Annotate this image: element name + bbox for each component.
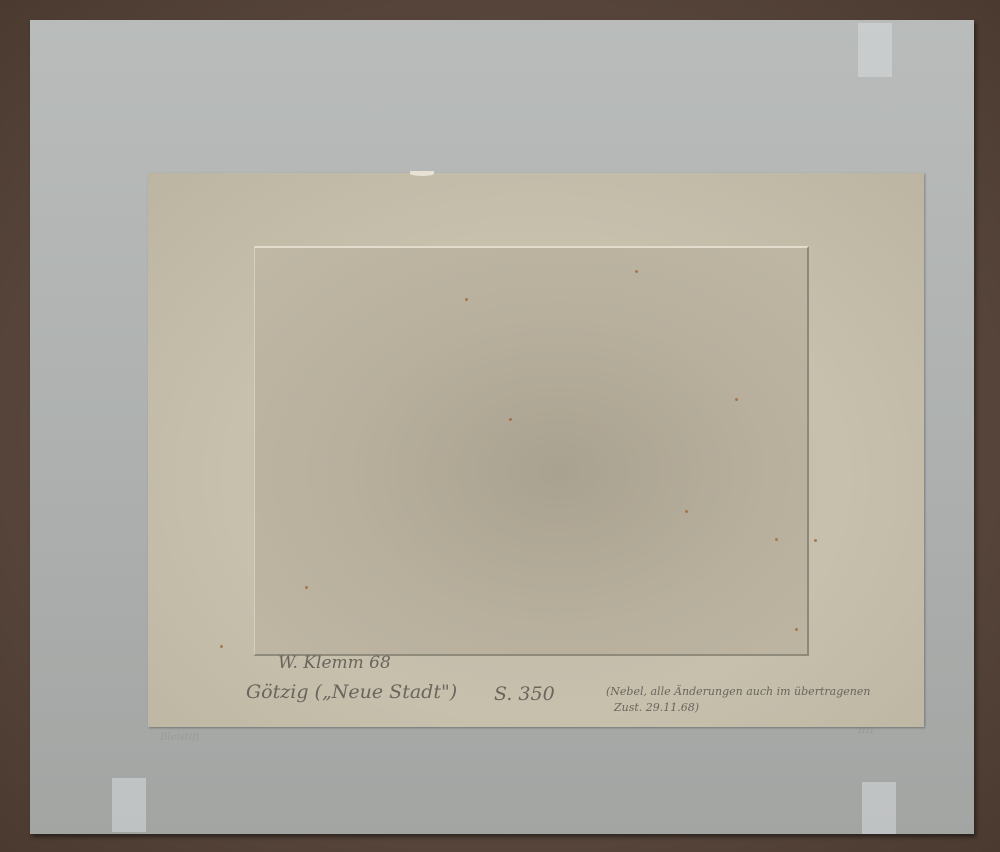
tape-bottom-right — [862, 782, 896, 834]
inscription-catalog-number: S. 350 — [494, 683, 555, 705]
inscription-note-line2: Zust. 29.11.68) — [614, 701, 699, 714]
foxing-spot — [685, 510, 688, 513]
paper-sheet: W. Klemm 68 Götzig („Neue Stadt") S. 350… — [148, 173, 924, 727]
foxing-spot — [509, 418, 512, 421]
faint-mount-mark-left: Bleistift — [160, 732, 200, 743]
inscription-note-line1: (Nebel, alle Änderungen auch im übertrag… — [606, 685, 870, 698]
mount-card: Bleistift IIII W. Klemm 68 Götzig („Neue… — [30, 20, 974, 834]
tape-top-right — [858, 23, 892, 77]
paper-notch — [410, 171, 434, 176]
foxing-spot — [735, 398, 738, 401]
background-board: Bleistift IIII W. Klemm 68 Götzig („Neue… — [0, 0, 1000, 852]
foxing-spot — [635, 270, 638, 273]
plate-mark — [254, 246, 809, 656]
foxing-spot — [465, 298, 468, 301]
foxing-spot — [305, 586, 308, 589]
inscription-artist-date: W. Klemm 68 — [278, 653, 391, 673]
tape-bottom-left — [112, 778, 146, 832]
foxing-spot — [795, 628, 798, 631]
inscription-title: Götzig („Neue Stadt") — [246, 681, 457, 703]
foxing-spot — [775, 538, 778, 541]
foxing-spot — [814, 539, 817, 542]
foxing-spot — [220, 645, 223, 648]
